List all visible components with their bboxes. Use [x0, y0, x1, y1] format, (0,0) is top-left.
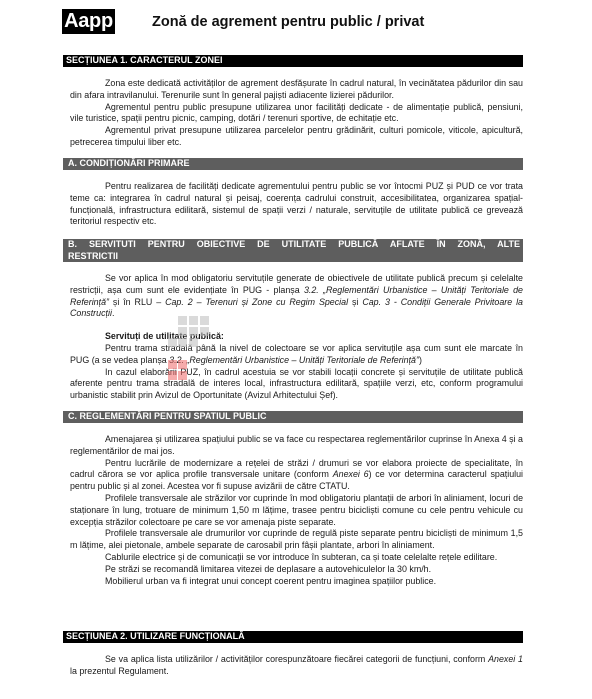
paragraph: Agrementul privat presupune utilizarea p…: [70, 125, 523, 149]
section-2-body: Se va aplica lista utilizărilor / activi…: [70, 654, 523, 678]
paragraph: Pentru trama stradală până la nivel de c…: [70, 343, 523, 367]
paragraph: Cablurile electrice și de comunicații se…: [70, 552, 523, 564]
document-title: Zonă de agrement pentru public / privat: [152, 12, 424, 32]
section-b-heading: B. SERVITUTI PENTRU OBIECTIVE DE UTILITA…: [63, 239, 523, 262]
section-1-body: Zona este dedicată activităților de agre…: [70, 78, 523, 149]
section-b-heading-line2: RESTRICTII: [68, 251, 520, 263]
paragraph: In cazul elaborării PUZ, în cadrul acest…: [70, 367, 523, 402]
subheading: Servituți de utilitate publică:: [70, 331, 523, 343]
section-b-heading-line1: B. SERVITUTI PENTRU OBIECTIVE DE UTILITA…: [68, 239, 520, 251]
paragraph: Amenajarea și utilizarea spațiului publi…: [70, 434, 523, 458]
paragraph: Agrementul pentru public presupune utili…: [70, 102, 523, 126]
paragraph: Profilele transversale ale străzilor vor…: [70, 493, 523, 528]
section-c-heading: C. REGLEMENTĂRI PENTRU SPATIUL PUBLIC: [63, 411, 523, 423]
paragraph: Se vor aplica în mod obligatoriu servitu…: [70, 273, 523, 320]
section-b-body: Se vor aplica în mod obligatoriu servitu…: [70, 273, 523, 402]
section-2-heading: SECȚIUNEA 2. UTILIZARE FUNCȚIONALĂ: [63, 631, 523, 643]
document-logo: Aapp: [62, 9, 115, 34]
paragraph: Se va aplica lista utilizărilor / activi…: [70, 654, 523, 678]
section-a-body: Pentru realizarea de facilități dedicate…: [70, 181, 523, 228]
paragraph: Profilele transversale ale drumurilor vo…: [70, 528, 523, 552]
section-1-heading: SECȚIUNEA 1. CARACTERUL ZONEI: [63, 55, 523, 67]
paragraph: Mobilierul urban va fi integrat unui con…: [70, 576, 523, 588]
paragraph: Pentru lucrările de modernizare a rețele…: [70, 458, 523, 493]
paragraph: Zona este dedicată activităților de agre…: [70, 78, 523, 102]
paragraph: Pe străzi se recomandă limitarea vitezei…: [70, 564, 523, 576]
section-a-heading: A. CONDIȚIONĂRI PRIMARE: [63, 158, 523, 170]
paragraph: Pentru realizarea de facilități dedicate…: [70, 181, 523, 228]
section-c-body: Amenajarea și utilizarea spațiului publi…: [70, 434, 523, 587]
